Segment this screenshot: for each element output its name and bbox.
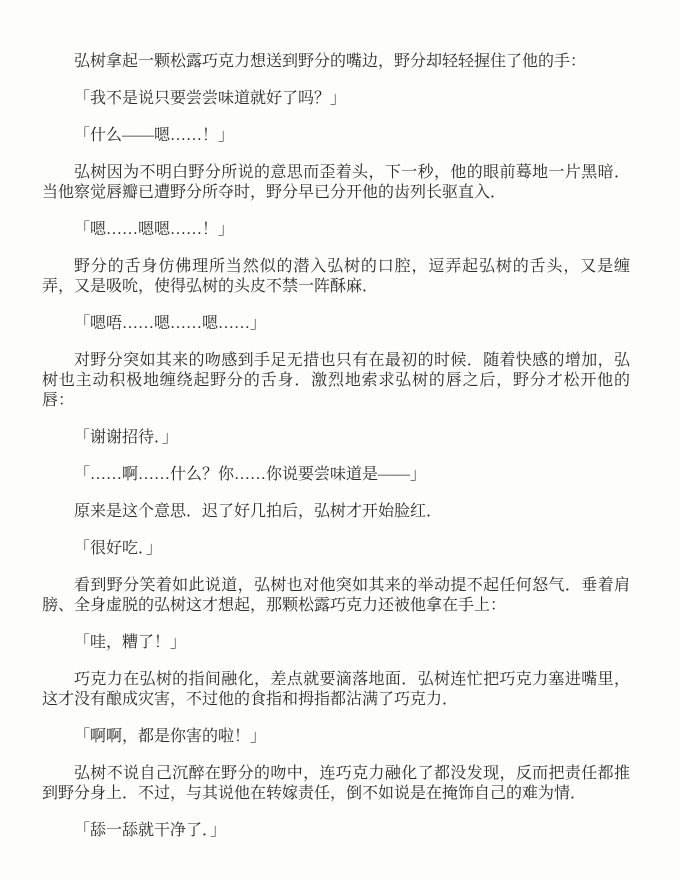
text-line: 「谢谢招待．」 (42, 428, 630, 448)
text-line: 巧克力在弘树的指间融化，差点就要滴落地面．弘树连忙把巧克力塞进嘴里， (42, 670, 630, 690)
paragraph-dialogue: 「嗯唔……嗯……嗯……」 (42, 314, 630, 334)
paragraph-narrative: 野分的舌身仿佛理所当然似的潜入弘树的口腔，逗弄起弘树的舌头，又是缠弄，又是吸吮，… (42, 257, 630, 297)
paragraph-dialogue: 「哇，糟了！」 (42, 633, 630, 653)
text-line: 弘树拿起一颗松露巧克力想送到野分的嘴边，野分却轻轻握住了他的手： (42, 52, 630, 72)
text-line: 唇： (42, 391, 630, 411)
text-line: 「……啊……什么？你……你说要尝味道是——」 (42, 465, 630, 485)
paragraph-narrative: 看到野分笑着如此说道，弘树也对他突如其来的举动提不起任何怒气．垂着肩膀、全身虚脱… (42, 576, 630, 616)
paragraph-dialogue: 「舔一舔就干净了．」 (42, 821, 630, 841)
text-line: 弘树不说自己沉醉在野分的吻中，连巧克力融化了都没发现，反而把责任都推 (42, 764, 630, 784)
paragraph-dialogue: 「谢谢招待．」 (42, 428, 630, 448)
novel-page: 弘树拿起一颗松露巧克力想送到野分的嘴边，野分却轻轻握住了他的手：「我不是说只要尝… (0, 0, 680, 880)
text-content: 弘树拿起一颗松露巧克力想送到野分的嘴边，野分却轻轻握住了他的手：「我不是说只要尝… (42, 52, 630, 841)
paragraph-narrative: 弘树拿起一颗松露巧克力想送到野分的嘴边，野分却轻轻握住了他的手： (42, 52, 630, 72)
text-line: 这才没有酿成灾害，不过他的食指和拇指都沾满了巧克力． (42, 690, 630, 710)
paragraph-dialogue: 「很好吃．」 (42, 539, 630, 559)
text-line: 野分的舌身仿佛理所当然似的潜入弘树的口腔，逗弄起弘树的舌头，又是缠 (42, 257, 630, 277)
paragraph-narrative: 巧克力在弘树的指间融化，差点就要滴落地面．弘树连忙把巧克力塞进嘴里，这才没有酿成… (42, 670, 630, 710)
text-line: 树也主动积极地缠绕起野分的舌身．激烈地索求弘树的唇之后，野分才松开他的 (42, 371, 630, 391)
paragraph-narrative: 对野分突如其来的吻感到手足无措也只有在最初的时候．随着快感的增加，弘树也主动积极… (42, 351, 630, 411)
text-line: 「很好吃．」 (42, 539, 630, 559)
text-line: 「嗯……嗯嗯……！」 (42, 220, 630, 240)
text-line: 看到野分笑着如此说道，弘树也对他突如其来的举动提不起任何怒气．垂着肩 (42, 576, 630, 596)
text-line: 弄，又是吸吮，使得弘树的头皮不禁一阵酥麻． (42, 277, 630, 297)
text-line: 到野分身上．不过，与其说他在转嫁责任，倒不如说是在掩饰自己的难为情． (42, 784, 630, 804)
text-line: 「什么——嗯……！」 (42, 126, 630, 146)
text-line: 弘树因为不明白野分所说的意思而歪着头，下一秒，他的眼前蓦地一片黑暗． (42, 163, 630, 183)
text-line: 膀、全身虚脱的弘树这才想起，那颗松露巧克力还被他拿在手上： (42, 596, 630, 616)
paragraph-narrative: 原来是这个意思．迟了好几拍后，弘树才开始脸红． (42, 502, 630, 522)
text-line: 「啊啊，都是你害的啦！」 (42, 727, 630, 747)
text-line: 原来是这个意思．迟了好几拍后，弘树才开始脸红． (42, 502, 630, 522)
text-line: 对野分突如其来的吻感到手足无措也只有在最初的时候．随着快感的增加，弘 (42, 351, 630, 371)
text-line: 「哇，糟了！」 (42, 633, 630, 653)
text-line: 「嗯唔……嗯……嗯……」 (42, 314, 630, 334)
paragraph-dialogue: 「……啊……什么？你……你说要尝味道是——」 (42, 465, 630, 485)
paragraph-narrative: 弘树不说自己沉醉在野分的吻中，连巧克力融化了都没发现，反而把责任都推到野分身上．… (42, 764, 630, 804)
paragraph-dialogue: 「啊啊，都是你害的啦！」 (42, 727, 630, 747)
paragraph-dialogue: 「我不是说只要尝尝味道就好了吗？」 (42, 89, 630, 109)
text-line: 当他察觉唇瓣已遭野分所夺时，野分早已分开他的齿列长驱直入． (42, 183, 630, 203)
paragraph-dialogue: 「什么——嗯……！」 (42, 126, 630, 146)
text-line: 「舔一舔就干净了．」 (42, 821, 630, 841)
paragraph-narrative: 弘树因为不明白野分所说的意思而歪着头，下一秒，他的眼前蓦地一片黑暗．当他察觉唇瓣… (42, 163, 630, 203)
text-line: 「我不是说只要尝尝味道就好了吗？」 (42, 89, 630, 109)
paragraph-dialogue: 「嗯……嗯嗯……！」 (42, 220, 630, 240)
